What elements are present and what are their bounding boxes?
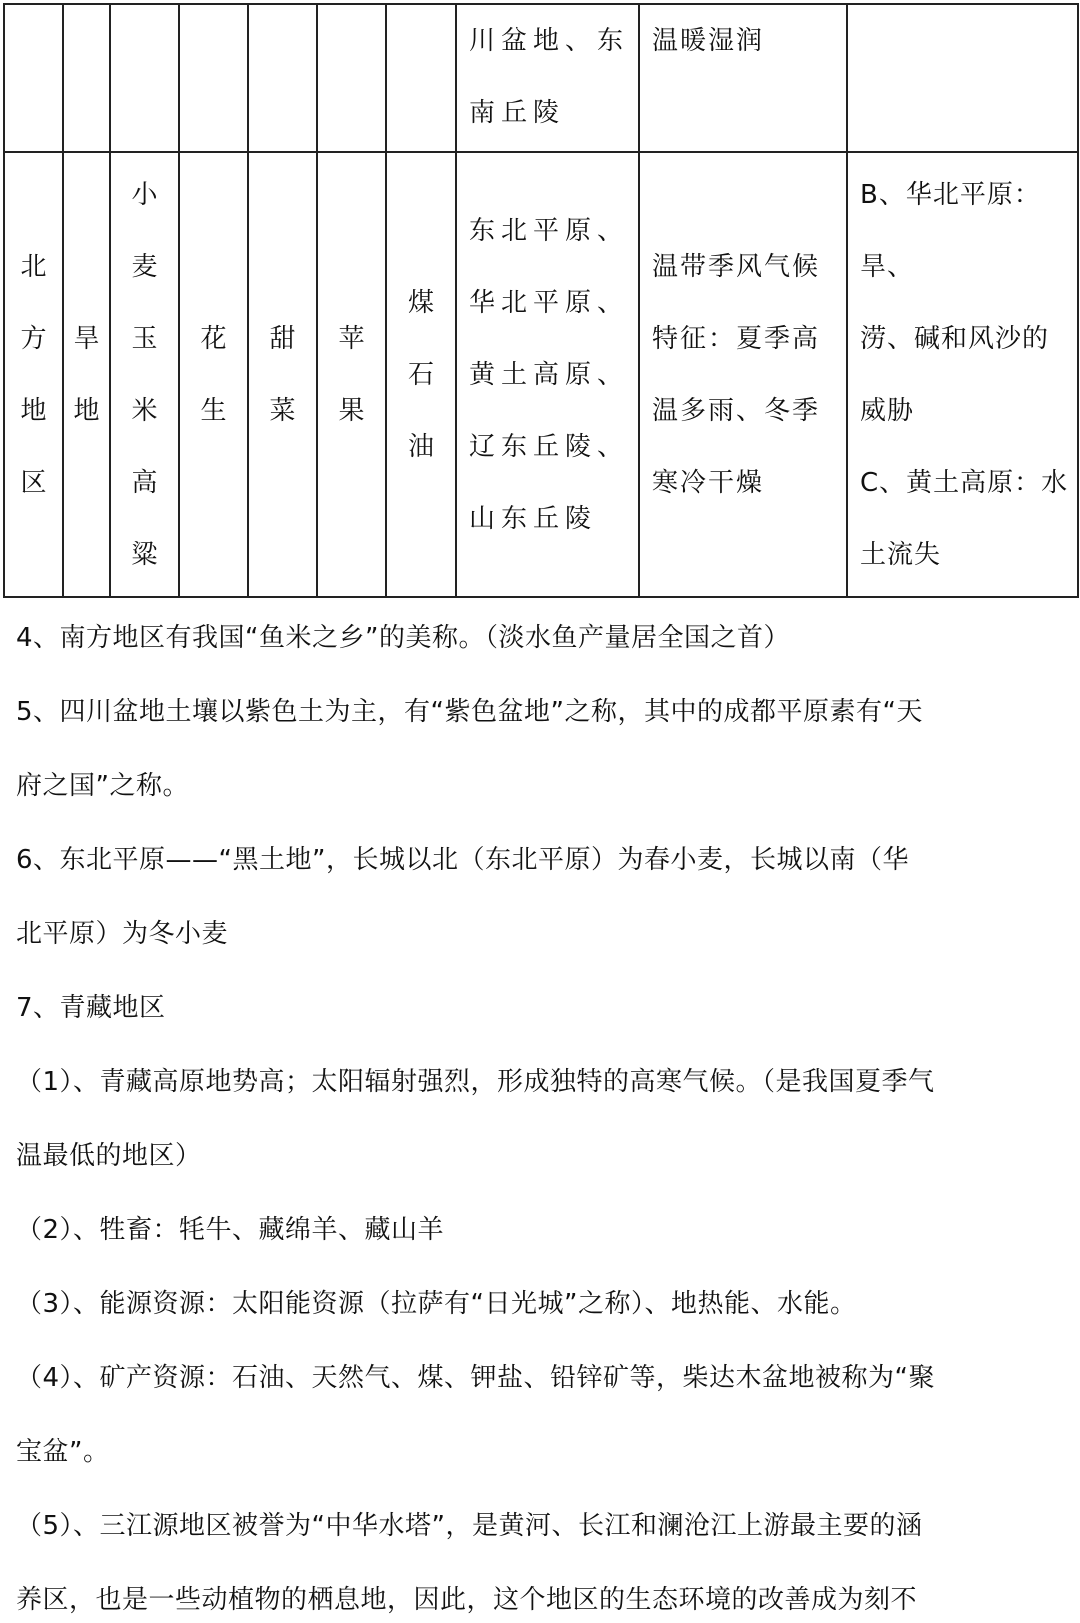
cell-line: 山东丘陵 — [469, 483, 638, 555]
cell-char: 麦 — [111, 231, 178, 303]
cell-char: 苹 — [318, 303, 385, 375]
paragraph-line: 府之国”之称。 — [16, 768, 189, 804]
cell-oil-crop: 花 生 — [179, 152, 248, 597]
cell-region: 北 方 地 区 — [4, 152, 63, 597]
cell-land-type: 旱 地 — [63, 152, 110, 597]
cell-char: 石 — [387, 339, 455, 411]
cell-line: 温带季风气候 — [652, 231, 846, 303]
cell-line: 温暖湿润 — [652, 5, 846, 77]
paragraph-line: （1）、青藏高原地势高；太阳辐射强烈，形成独特的高寒气候。（是我国夏季气 — [16, 1064, 935, 1100]
cell-char: 菜 — [249, 375, 316, 447]
cell-empty — [110, 4, 179, 152]
cell-line: 川盆地、东 — [469, 5, 638, 77]
paragraph-line: （4）、矿产资源：石油、天然气、煤、钾盐、铅锌矿等，柴达木盆地被称为“聚 — [16, 1360, 935, 1396]
paragraph-line: 宝盆”。 — [16, 1434, 109, 1470]
cell-char: 油 — [387, 411, 455, 483]
cell-char: 生 — [180, 375, 247, 447]
cell-minerals: 煤 石 油 — [386, 152, 456, 597]
cell-line: 特征：夏季高 — [652, 303, 846, 375]
cell-line: 土流失 — [860, 519, 1077, 591]
paragraph-line: 北平原）为冬小麦 — [16, 916, 228, 952]
cell-char: 北 — [5, 231, 62, 303]
cell-char: 玉 — [111, 303, 178, 375]
cell-empty — [248, 4, 317, 152]
cell-line: 南丘陵 — [469, 77, 638, 149]
paragraph-line: 温最低的地区） — [16, 1138, 202, 1174]
cell-problems-north: B、华北平原：旱、 涝、碱和风沙的 威胁 C、黄土高原：水 土流失 — [847, 152, 1078, 597]
paragraph-line: 4、南方地区有我国“鱼米之乡”的美称。（淡水鱼产量居全国之首） — [16, 620, 790, 656]
cell-char: 煤 — [387, 267, 455, 339]
cell-line: B、华北平原：旱、 — [860, 159, 1077, 303]
cell-climate-north: 温带季风气候 特征：夏季高 温多雨、冬季 寒冷干燥 — [639, 152, 847, 597]
cell-places-north: 东北平原、 华北平原、 黄土高原、 辽东丘陵、 山东丘陵 — [456, 152, 639, 597]
cell-empty — [63, 4, 110, 152]
agriculture-region-table: 川盆地、东 南丘陵 温暖湿润 北 方 地 区 旱 地 小 麦 玉 米 高 粱 花… — [3, 3, 1079, 598]
cell-char: 小 — [111, 159, 178, 231]
cell-line: 温多雨、冬季 — [652, 375, 846, 447]
paragraph-line: （2）、牲畜：牦牛、藏绵羊、藏山羊 — [16, 1212, 444, 1248]
cell-char: 粱 — [111, 519, 178, 591]
table-row-south-continued: 川盆地、东 南丘陵 温暖湿润 — [4, 4, 1078, 152]
cell-char: 高 — [111, 447, 178, 519]
cell-char: 地 — [5, 375, 62, 447]
cell-climate-south: 温暖湿润 — [639, 4, 847, 152]
cell-line: C、黄土高原：水 — [860, 447, 1077, 519]
cell-fruit: 苹 果 — [317, 152, 386, 597]
cell-char: 区 — [5, 447, 62, 519]
cell-line: 黄土高原、 — [469, 339, 638, 411]
cell-line: 辽东丘陵、 — [469, 411, 638, 483]
cell-empty — [386, 4, 456, 152]
cell-grain-crops: 小 麦 玉 米 高 粱 — [110, 152, 179, 597]
paragraph-line: 5、四川盆地土壤以紫色土为主，有“紫色盆地”之称，其中的成都平原素有“天 — [16, 694, 923, 730]
section-heading: 7、青藏地区 — [16, 990, 166, 1026]
cell-line: 寒冷干燥 — [652, 447, 846, 519]
paragraph-line: （3）、能源资源：太阳能资源（拉萨有“日光城”之称）、地热能、水能。 — [16, 1286, 856, 1322]
paragraph-line: （5）、三江源地区被誉为“中华水塔”，是黄河、长江和澜沧江上游最主要的涵 — [16, 1508, 922, 1544]
cell-empty — [4, 4, 63, 152]
cell-empty — [179, 4, 248, 152]
cell-line: 威胁 — [860, 375, 1077, 447]
cell-line: 涝、碱和风沙的 — [860, 303, 1077, 375]
cell-places-south: 川盆地、东 南丘陵 — [456, 4, 639, 152]
cell-line: 华北平原、 — [469, 267, 638, 339]
cell-char: 米 — [111, 375, 178, 447]
table-row-north: 北 方 地 区 旱 地 小 麦 玉 米 高 粱 花 生 甜 菜 苹 果 — [4, 152, 1078, 597]
cell-char: 方 — [5, 303, 62, 375]
cell-char: 花 — [180, 303, 247, 375]
cell-char: 地 — [64, 375, 109, 447]
cell-char: 旱 — [64, 303, 109, 375]
cell-char: 甜 — [249, 303, 316, 375]
cell-char: 果 — [318, 375, 385, 447]
paragraph-line: 养区，也是一些动植物的栖息地，因此，这个地区的生态环境的改善成为刻不 — [16, 1582, 917, 1618]
cell-empty — [317, 4, 386, 152]
paragraph-line: 6、东北平原——“黑土地”，长城以北（东北平原）为春小麦，长城以南（华 — [16, 842, 909, 878]
cell-problems-south — [847, 4, 1078, 152]
cell-line: 东北平原、 — [469, 195, 638, 267]
cell-sugar-crop: 甜 菜 — [248, 152, 317, 597]
